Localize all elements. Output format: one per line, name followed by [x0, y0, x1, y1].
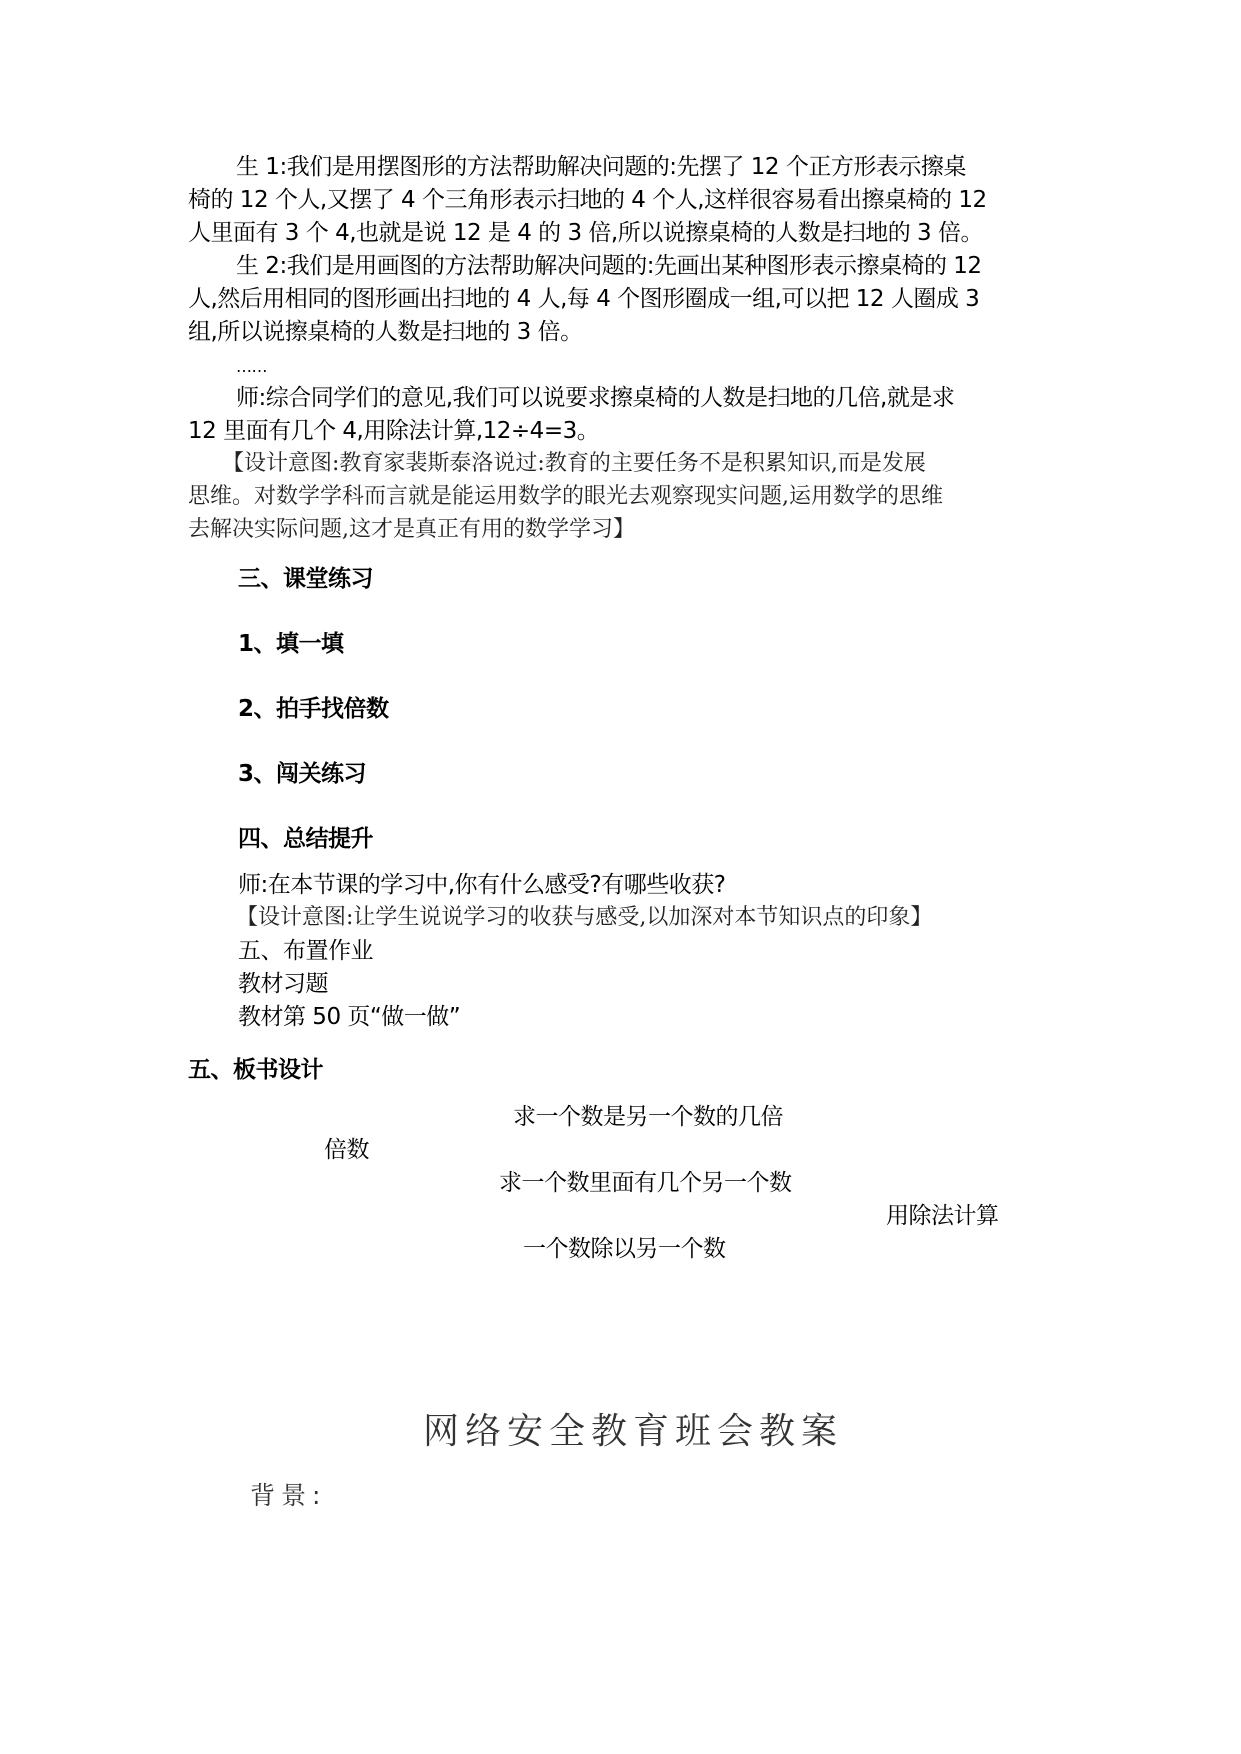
teacher-question: 师:在本节课的学习中,你有什么感受?有哪些收获? — [238, 870, 725, 900]
ellipsis: …… — [236, 352, 267, 382]
design-intent-summary: 【设计意图:让学生说说学习的收获与感受,以加深对本节知识点的印象】 — [236, 903, 932, 933]
text-line: 生 1:我们是用摆图形的方法帮助解决问题的:先摆了 12 个正方形表示擦桌 — [236, 152, 966, 182]
background-label: 背景: — [250, 1476, 326, 1512]
text-line: 人里面有 3 个 4,也就是说 12 是 4 的 3 倍,所以说擦桌椅的人数是扫… — [188, 218, 983, 248]
section-heading-summary: 四、总结提升 — [238, 824, 373, 854]
text-line: 组,所以说擦桌椅的人数是扫地的 3 倍。 — [188, 317, 583, 347]
board-right-label: 用除法计算 — [886, 1201, 999, 1231]
text-line: 去解决实际问题,这才是真正有用的数学学习】 — [188, 515, 635, 545]
text-line: 【设计意图:教育家裴斯泰洛说过:教育的主要任务不是积累知识,而是发展 — [222, 449, 926, 479]
homework-item: 教材第 50 页“做一做” — [238, 1002, 460, 1032]
practice-item: 2、拍手找倍数 — [238, 694, 389, 724]
board-left-label: 倍数 — [324, 1135, 369, 1165]
text-line: 思维。对数学学科而言就是能运用数学的眼光去观察现实问题,运用数学的思维 — [188, 482, 943, 512]
text-line: 12 里面有几个 4,用除法计算,12÷4=3。 — [188, 416, 599, 446]
practice-item: 3、闯关练习 — [238, 759, 366, 789]
document-title: 网络安全教育班会教案 — [423, 1403, 843, 1454]
text-line: 师:综合同学们的意见,我们可以说要求擦桌椅的人数是扫地的几倍,就是求 — [236, 383, 954, 413]
homework-heading: 五、布置作业 — [238, 936, 373, 966]
section-heading-board: 五、板书设计 — [188, 1055, 323, 1085]
board-line-1: 求一个数是另一个数的几倍 — [513, 1102, 783, 1132]
practice-item: 1、填一填 — [238, 629, 344, 659]
board-line-2: 求一个数里面有几个另一个数 — [499, 1168, 792, 1198]
text-line: 椅的 12 个人,又摆了 4 个三角形表示扫地的 4 个人,这样很容易看出擦桌椅… — [188, 185, 987, 215]
board-line-3: 一个数除以另一个数 — [523, 1234, 726, 1264]
text-line: 人,然后用相同的图形画出扫地的 4 人,每 4 个图形圈成一组,可以把 12 人… — [188, 284, 979, 314]
homework-item: 教材习题 — [238, 969, 328, 999]
section-heading-practice: 三、课堂练习 — [238, 564, 373, 594]
text-line: 生 2:我们是用画图的方法帮助解决问题的:先画出某种图形表示擦桌椅的 12 — [236, 251, 982, 281]
